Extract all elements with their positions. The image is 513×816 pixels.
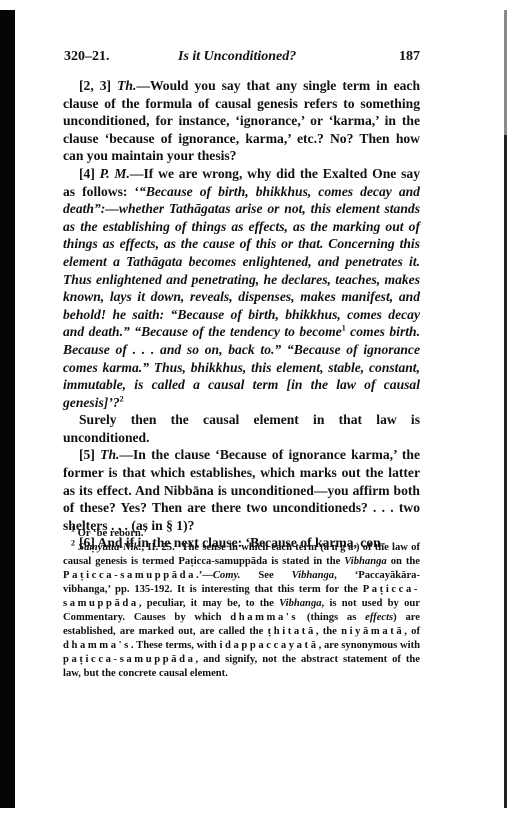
- footnote-2: 2 Saṃyutta-Nik., II. 25. ‘The sense in w…: [63, 541, 420, 681]
- footnote-text: . These terms, with: [131, 640, 220, 651]
- pali-term: anga: [324, 542, 356, 553]
- footnote-text: , of: [404, 626, 420, 637]
- footnote-text: Or ‘be reborn.’: [78, 528, 147, 539]
- speaker: Th.: [117, 78, 136, 93]
- pali-term: paṭicca-samuppāda: [63, 654, 196, 665]
- book-title: Vibhanga: [344, 556, 386, 567]
- pali-term: idappaccayatā: [219, 640, 318, 651]
- section-reference: 320–21.: [64, 49, 110, 65]
- pali-term: Paṭicca-samuppāda: [63, 570, 196, 581]
- pali-term: ṭhitatā: [268, 626, 316, 637]
- citation-source: Comy.: [213, 570, 241, 581]
- footnote-text: on the: [387, 556, 420, 567]
- pali-term: niyāmatā: [341, 626, 404, 637]
- footnote-text: , are synonymous with: [319, 640, 420, 651]
- footnote-text: (things as: [298, 612, 365, 623]
- main-text: [2, 3] Th.—Would you say that any single…: [63, 77, 420, 552]
- paragraph-2-3: [2, 3] Th.—Would you say that any single…: [63, 77, 420, 165]
- speaker: P. M.: [100, 166, 130, 181]
- scan-right-edge-top: [504, 10, 507, 135]
- quotation: “Because of birth, bhikkhus, comes decay…: [63, 184, 420, 340]
- speaker: Th.: [100, 447, 119, 462]
- emphasis: effects: [365, 612, 393, 623]
- pali-term: dhamma's: [63, 640, 131, 651]
- pali-term: dhamma's: [230, 612, 298, 623]
- footnote-1: 1 Or ‘be reborn.’: [63, 527, 420, 541]
- footnote-text: See: [240, 570, 291, 581]
- quotation-end: ’?: [108, 395, 119, 410]
- book-title: Vibhanga: [292, 570, 334, 581]
- paragraph-5: [5] Th.—In the clause ‘Because of ignora…: [63, 446, 420, 534]
- scan-left-edge: [0, 10, 15, 808]
- footnote-text: .’—: [196, 570, 213, 581]
- footnote-marker: 2: [71, 538, 75, 547]
- footnote-marker: 1: [71, 524, 75, 533]
- running-title: Is it Unconditioned?: [178, 49, 296, 65]
- paragraph-4-conclusion: Surely then the causal element in that l…: [63, 411, 420, 446]
- book-title: Vibhanga: [279, 598, 321, 609]
- running-header: 320–21. Is it Unconditioned? 187: [63, 49, 420, 65]
- footnotes: 1 Or ‘be reborn.’ 2 Saṃyutta-Nik., II. 2…: [63, 527, 420, 681]
- citation-source: Saṃyutta-Nik.: [78, 542, 141, 553]
- paragraph-number: [4]: [79, 166, 95, 181]
- footnote-text: , peculiar, it may be, to the: [139, 598, 279, 609]
- footnote-text: , the: [316, 626, 341, 637]
- paragraph-number: [2, 3]: [79, 78, 111, 93]
- footnote-ref-2[interactable]: 2: [120, 394, 124, 403]
- page-number: 187: [399, 49, 420, 65]
- paragraph-number: [5]: [79, 447, 95, 462]
- paragraph-4: [4] P. M.—If we are wrong, why did the E…: [63, 165, 420, 411]
- footnote-text: , II. 25. ‘The sense in which each term …: [142, 542, 324, 553]
